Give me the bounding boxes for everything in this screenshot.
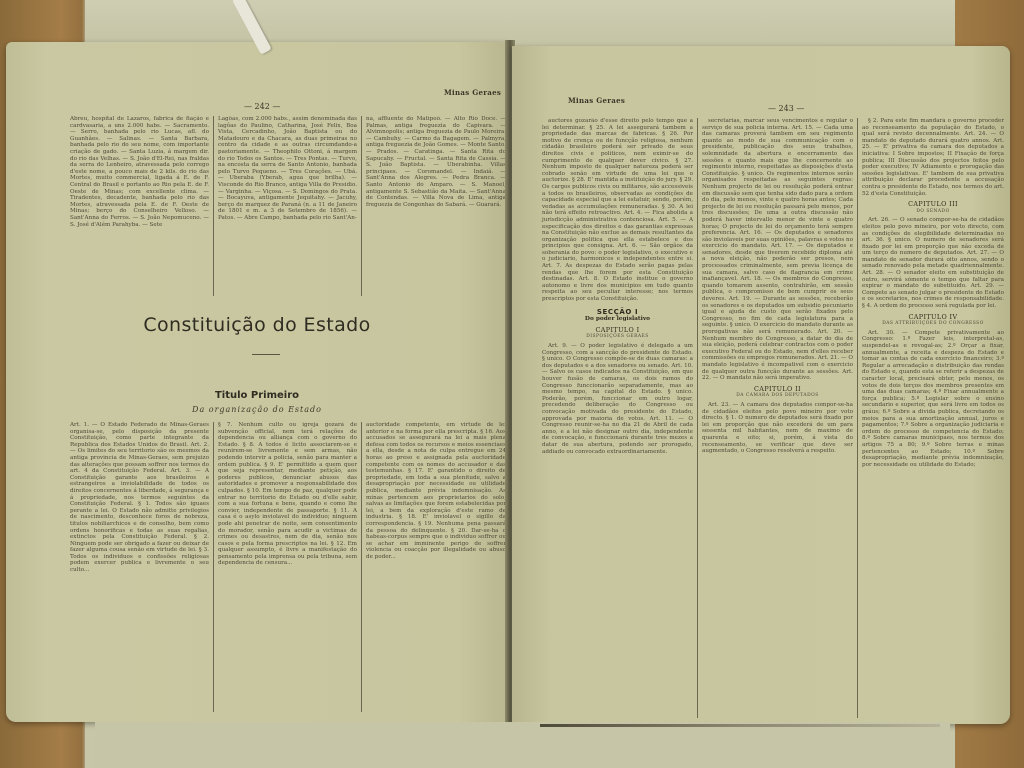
title-rule [252,354,280,355]
section-heading: SECÇÃO I [542,309,693,316]
column-3-intro: § 2. Para este fim mandará o governo pro… [862,118,1004,197]
top-column-1: Abreu, hospital de Lazaros, fabrica de f… [66,116,214,296]
page-bottom-edge [540,724,940,727]
chapter-2-heading: CAPITULO II [702,386,853,393]
right-column-3: § 2. Para este fim mandará o governo pro… [858,118,1008,718]
top-column-2: Lagôas, com 2.000 habs., assim denominad… [214,116,362,296]
top-columns: Abreu, hospital de Lazaros, fabrica de f… [66,116,508,296]
column-3-body: Art. 30. — Compete privativamente ao Con… [862,330,1004,468]
body-column-3: auctoridade competente, em virtude de le… [362,422,508,712]
column-2-body: Art. 23. — A camara dos deputados compor… [702,402,853,455]
body-columns: Art. 1. — O Estado Federado de Minas-Ger… [66,422,508,712]
column-1-intro: auctores gozarão d'esse direito pelo tem… [542,118,693,303]
chapter-2-subheading: DA CAMARA DOS DEPUTADOS [702,393,853,400]
column-2-intro: secretarias, marcar seus vencimentos e r… [702,118,853,382]
chapter-1-subheading: DISPOSIÇÕES GERAES [542,334,693,341]
column-3-middle: Art. 26. — O senado compor-se-ha de cida… [862,217,1004,309]
page-number-right: — 243 — [768,104,804,113]
chapter-4-subheading: DAS ATTRIBUIÇÕES DO CONGRESSO [862,321,1004,328]
right-columns: auctores gozarão d'esse direito pelo tem… [538,118,1008,718]
page-number-left: — 242 — [244,102,280,111]
body-column-1: Art. 1. — O Estado Federado de Minas-Ger… [66,422,214,712]
left-page: Minas Geraes — 242 — Abreu, hospital de … [6,42,508,722]
chapter-4-heading: CAPITULO IV [862,314,1004,321]
titulo-heading: Titulo Primeiro [6,390,508,401]
right-page: Minas Geraes — 243 — auctores gozarão d'… [512,46,1010,724]
main-title: Constituição do Estado [6,314,508,336]
chapter-3-subheading: DO SENADO [862,209,1004,216]
titulo-subheading: Da organização do Estado [6,405,508,414]
column-1-body: Art. 9. — O poder legislativo é delegado… [542,343,693,455]
right-column-2: secretarias, marcar seus vencimentos e r… [698,118,858,718]
bottom-sheet [95,722,950,768]
page-top-edge [85,0,955,48]
chapter-1-heading: CAPITULO I [542,327,693,334]
right-column-1: auctores gozarão d'esse direito pelo tem… [538,118,698,718]
body-column-2: § 7. Nenhum culto ou igreja gozará de su… [214,422,362,712]
top-column-3: na, affluente do Matipoó. — Alto Rio Doc… [362,116,508,296]
section-subheading: Do poder legislativo [542,316,693,323]
running-head-left: Minas Geraes [444,88,501,97]
chapter-3-heading: CAPITULO III [862,201,1004,208]
running-head-right: Minas Geraes [568,96,625,105]
